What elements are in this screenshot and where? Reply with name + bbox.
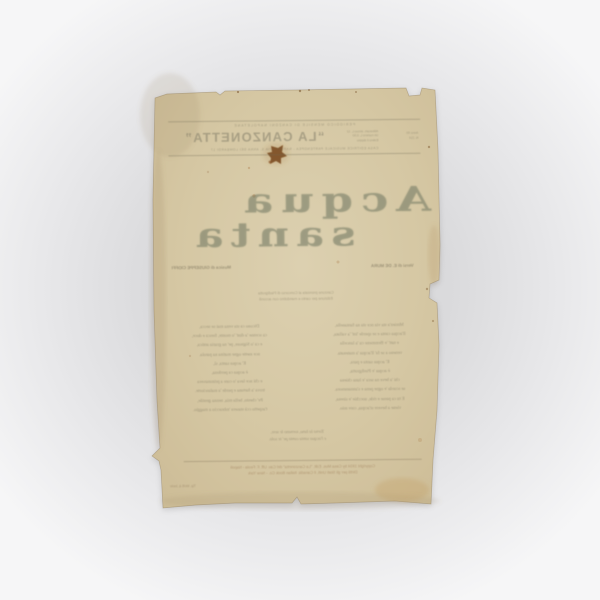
paper-shape	[152, 88, 440, 508]
paper-sheet	[0, 0, 600, 600]
photo-background: PERIODICO MENSILE DI CANZONI NAPOLETANE …	[0, 0, 600, 600]
